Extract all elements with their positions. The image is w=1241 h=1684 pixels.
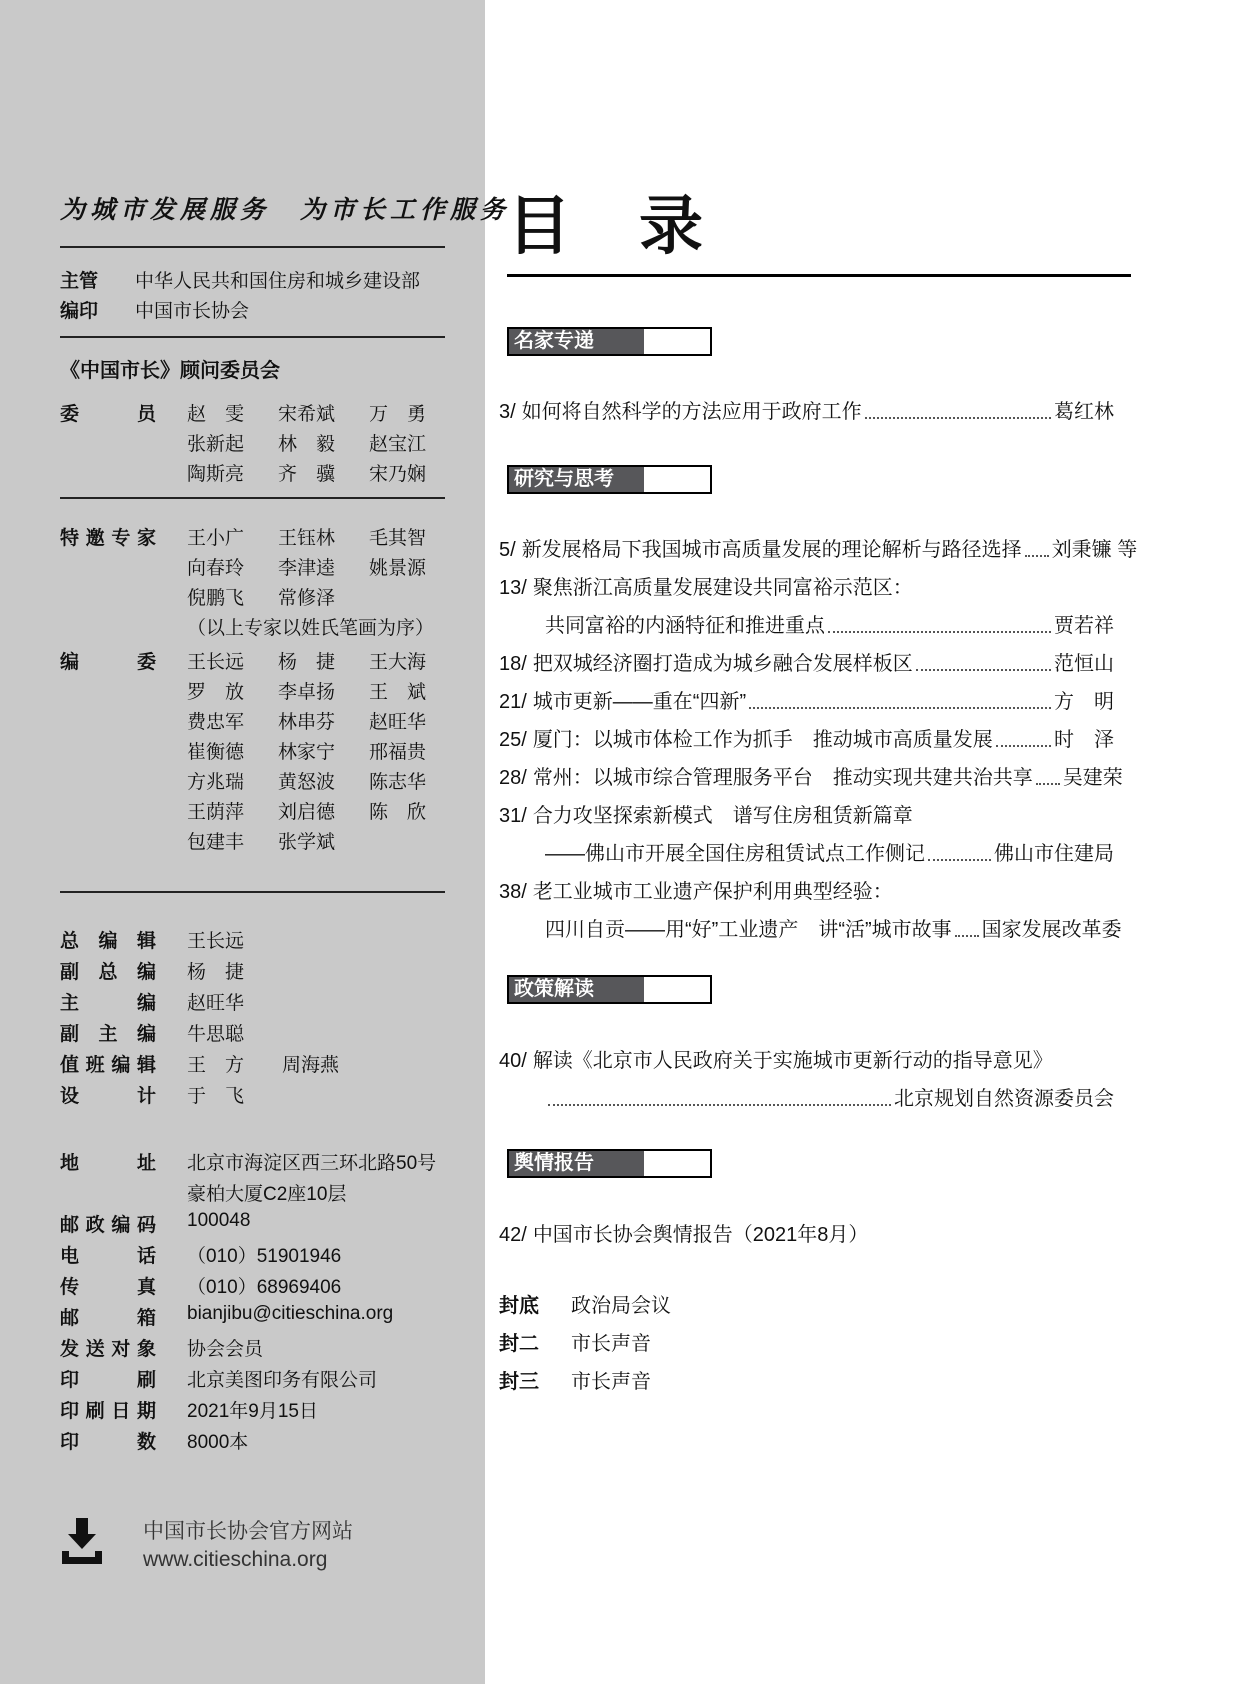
masthead-sidebar: 为城市发展服务 为市长工作服务 主管 中华人民共和国住房和城乡建设部 编印 中国… — [0, 0, 485, 1684]
member-name: 万 勇 — [369, 399, 431, 429]
cover-value: 政治局会议 — [571, 1289, 671, 1318]
fax-value: （010）68969406 — [187, 1272, 341, 1303]
staff-value: 牛思聪 — [187, 1019, 244, 1050]
editor-name: 林家宁 — [278, 737, 340, 767]
section-band-policy: 政策解读 — [507, 975, 712, 1004]
dot-leader — [828, 631, 1051, 633]
masthead-label: 编印 — [60, 296, 100, 323]
staff-value: 杨 捷 — [187, 957, 244, 988]
staff-value: 王长远 — [187, 926, 244, 957]
toc-item[interactable]: 28/ 常州：以城市综合管理服务平台 推动实现共建共治共享 吴建荣 — [499, 766, 1114, 790]
section-label: 研究与思考 — [509, 467, 644, 492]
download-icon — [62, 1518, 102, 1564]
toc-item-title: 合力攻坚探索新模式 谱写住房租赁新篇章 — [533, 804, 913, 828]
editor-name: 邢福贵 — [369, 737, 431, 767]
contact-row: 印刷日期 2021年9月15日 — [60, 1396, 485, 1427]
editor-name: 刘启德 — [278, 797, 340, 827]
editor-row: 王荫萍 刘启德 陈 欣 — [60, 797, 485, 827]
editor-row: 方兆瑞 黄怒波 陈志华 — [60, 767, 485, 797]
editor-row: 费忠军 林串芬 赵旺华 — [60, 707, 485, 737]
masthead-value: 中华人民共和国住房和城乡建设部 — [135, 266, 420, 293]
print-date-value: 2021年9月15日 — [187, 1396, 318, 1427]
member-name: 赵宝江 — [369, 429, 431, 459]
staff-label: 值班编辑 — [60, 1050, 156, 1081]
email-value: bianjibu@citieschina.org — [187, 1303, 393, 1334]
expert-row: 向春玲 李津逵 姚景源 — [60, 553, 485, 583]
divider — [60, 497, 445, 499]
toc-item-title: 解读《北京市人民政府关于实施城市更新行动的指导意见》 — [533, 1049, 1053, 1073]
address-line2: 豪柏大厦C2座10层 — [60, 1179, 485, 1210]
expert-name: 姚景源 — [369, 553, 431, 583]
expert-name: 倪鹏飞 — [187, 583, 249, 613]
editor-row: 编委 王长远 杨 捷 王大海 — [60, 647, 485, 677]
masthead-label: 主管 — [60, 266, 100, 293]
toc-item-page: 3/ — [499, 400, 516, 424]
editor-name: 赵旺华 — [369, 707, 431, 737]
toc-item-title: 聚焦浙江高质量发展建设共同富裕示范区： — [533, 576, 913, 600]
magazine-toc-page: 为城市发展服务 为市长工作服务 主管 中华人民共和国住房和城乡建设部 编印 中国… — [0, 0, 1241, 1684]
expert-name: 向春玲 — [187, 553, 249, 583]
toc-item-page: 28/ — [499, 766, 527, 790]
divider — [60, 891, 445, 893]
editor-name: 方兆瑞 — [187, 767, 249, 797]
editor-name: 杨 捷 — [278, 647, 340, 677]
editor-name: 陈志华 — [369, 767, 431, 797]
address-value: 北京市海淀区西三环北路50号 — [187, 1148, 436, 1179]
expert-name: 毛其智 — [369, 523, 431, 553]
toc-item-author: 贾若祥 — [1054, 614, 1114, 638]
dot-leader — [996, 745, 1051, 747]
toc-item-author: 北京规划自然资源委员会 — [894, 1087, 1114, 1111]
toc-item-author: 国家发展改革委 — [982, 918, 1122, 942]
cover-row[interactable]: 封二 市长声音 — [499, 1327, 1131, 1351]
toc-item-page: 21/ — [499, 690, 527, 714]
cover-label: 封底 — [499, 1289, 543, 1318]
toc-item-page: 25/ — [499, 728, 527, 752]
masthead-value: 中国市长协会 — [135, 296, 249, 323]
toc-item-author: 方 明 — [1054, 690, 1114, 714]
editor-name: 黄怒波 — [278, 767, 340, 797]
editor-row: 崔衡德 林家宁 邢福贵 — [60, 737, 485, 767]
toc-item-author: 时 泽 — [1054, 728, 1114, 752]
expert-name: 常修泽 — [278, 583, 340, 613]
toc-item-continuation[interactable]: ——佛山市开展全国住房租赁试点工作侧记 佛山市住建局 — [499, 842, 1114, 866]
editor-name: 王荫萍 — [187, 797, 249, 827]
toc-item[interactable]: 42/ 中国市长协会舆情报告（2021年8月） — [499, 1223, 1114, 1247]
email-label: 邮箱 — [60, 1303, 156, 1334]
contact-row: 印数 8000本 — [60, 1427, 485, 1458]
staff-label: 主编 — [60, 988, 156, 1019]
editor-name: 包建丰 — [187, 827, 249, 857]
toc-item[interactable]: 31/ 合力攻坚探索新模式 谱写住房租赁新篇章 — [499, 804, 1114, 828]
toc-item-title: 如何将自然科学的方法应用于政府工作 — [522, 400, 862, 424]
editorial-board-label: 编委 — [60, 647, 156, 677]
phone-label: 电话 — [60, 1241, 156, 1272]
editor-name: 张学斌 — [278, 827, 340, 857]
website-url[interactable]: www.citieschina.org — [143, 1546, 353, 1574]
toc-item[interactable]: 5/ 新发展格局下我国城市高质量发展的理论解析与路径选择 刘秉镰 等 — [499, 538, 1114, 562]
member-name: 张新起 — [187, 429, 249, 459]
contact-row: 发送对象 协会会员 — [60, 1334, 485, 1365]
toc-item-title: 中国市长协会舆情报告（2021年8月） — [533, 1223, 869, 1247]
member-name: 齐 骥 — [278, 459, 340, 489]
print-date-label: 印刷日期 — [60, 1396, 156, 1427]
toc-item-page: 18/ — [499, 652, 527, 676]
cover-value: 市长声音 — [571, 1327, 651, 1356]
section-label: 舆情报告 — [509, 1151, 644, 1176]
staff-row: 值班编辑 王 方 周海燕 — [60, 1050, 485, 1081]
section-label: 政策解读 — [509, 977, 644, 1002]
toc-item-author: 范恒山 — [1054, 652, 1114, 676]
toc-item-title: 城市更新——重在“四新” — [533, 690, 746, 714]
member-row: 张新起 林 毅 赵宝江 — [60, 429, 485, 459]
recipients-label: 发送对象 — [60, 1334, 156, 1365]
editor-name: 陈 欣 — [369, 797, 431, 827]
toc-item-title: 四川自贡——用“好”工业遗产 讲“活”城市故事 — [545, 918, 952, 942]
staff-row: 主编 赵旺华 — [60, 988, 485, 1019]
toc-item[interactable]: 13/ 聚焦浙江高质量发展建设共同富裕示范区： — [499, 576, 1114, 600]
expert-name: 王小广 — [187, 523, 249, 553]
phone-value: （010）51901946 — [187, 1241, 341, 1272]
editor-name: 林串芬 — [278, 707, 340, 737]
cover-row[interactable]: 封底 政治局会议 — [499, 1289, 1131, 1313]
dot-leader — [928, 859, 991, 861]
printer-value: 北京美图印务有限公司 — [187, 1365, 377, 1396]
member-name: 宋希斌 — [278, 399, 340, 429]
member-name: 陶斯亮 — [187, 459, 249, 489]
member-row: 委员 赵 雯 宋希斌 万 勇 — [60, 399, 485, 429]
fax-label: 传真 — [60, 1272, 156, 1303]
toc-item-page: 31/ — [499, 804, 527, 828]
section-band-celebrity: 名家专递 — [507, 327, 712, 356]
staff-row: 副总编 杨 捷 — [60, 957, 485, 988]
editorial-board-block: 编委 王长远 杨 捷 王大海 罗 放 李卓扬 王 斌 费忠军 林串芬 赵旺 — [60, 647, 485, 857]
section-label: 名家专递 — [509, 329, 644, 354]
printer-label: 印刷 — [60, 1365, 156, 1396]
staff-label: 副总编 — [60, 957, 156, 988]
staff-label: 副主编 — [60, 1019, 156, 1050]
member-name: 赵 雯 — [187, 399, 249, 429]
toc-item[interactable]: 40/ 解读《北京市人民政府关于实施城市更新行动的指导意见》 — [499, 1049, 1114, 1073]
print-run-label: 印数 — [60, 1427, 156, 1458]
member-row: 陶斯亮 齐 骥 宋乃娴 — [60, 459, 485, 489]
toc-item-title: 老工业城市工业遗产保护利用典型经验： — [533, 880, 893, 904]
expert-row: 倪鹏飞 常修泽 — [60, 583, 485, 613]
staff-row: 总编辑 王长远 — [60, 926, 485, 957]
advisory-committee-title: 《中国市长》顾问委员会 — [60, 354, 485, 384]
divider — [60, 336, 445, 338]
editor-name: 王 斌 — [369, 677, 431, 707]
cover-label: 封三 — [499, 1365, 543, 1394]
toc-item-title: 厦门：以城市体检工作为抓手 推动城市高质量发展 — [533, 728, 993, 752]
members-label: 委员 — [60, 399, 156, 429]
cover-label: 封二 — [499, 1327, 543, 1356]
editor-name: 李卓扬 — [278, 677, 340, 707]
masthead-row: 编印 中国市长协会 — [60, 296, 485, 326]
cover-value: 市长声音 — [571, 1365, 651, 1394]
toc-item[interactable]: 38/ 老工业城市工业遗产保护利用典型经验： — [499, 880, 1114, 904]
dot-leader — [865, 417, 1051, 419]
toc-item-title: 把双城经济圈打造成为城乡融合发展样板区 — [533, 652, 913, 676]
toc-item-continuation[interactable]: 四川自贡——用“好”工业遗产 讲“活”城市故事 国家发展改革委 — [499, 918, 1114, 942]
editor-row: 罗 放 李卓扬 王 斌 — [60, 677, 485, 707]
dot-leader — [916, 669, 1051, 671]
cover-row[interactable]: 封三 市长声音 — [499, 1365, 1131, 1389]
masthead-block: 主管 中华人民共和国住房和城乡建设部 编印 中国市长协会 — [60, 266, 485, 326]
section-band-sentiment: 舆情报告 — [507, 1149, 712, 1178]
editor-name: 王大海 — [369, 647, 431, 677]
editor-name: 崔衡德 — [187, 737, 249, 767]
editor-row: 包建丰 张学斌 — [60, 827, 485, 857]
experts-label: 特邀专家 — [60, 523, 156, 553]
contact-block: 地址 北京市海淀区西三环北路50号 豪柏大厦C2座10层 邮政编码 100048… — [60, 1148, 485, 1458]
staff-label: 总编辑 — [60, 926, 156, 957]
section-band-research: 研究与思考 — [507, 465, 712, 494]
toc-item-page: 42/ — [499, 1223, 527, 1247]
dot-leader — [955, 935, 979, 937]
contact-row: 印刷 北京美图印务有限公司 — [60, 1365, 485, 1396]
dot-leader — [548, 1104, 891, 1106]
editor-name: 王长远 — [187, 647, 249, 677]
postcode-label: 邮政编码 — [60, 1210, 156, 1241]
dot-leader — [1025, 555, 1049, 557]
contact-row: 邮箱 bianjibu@citieschina.org — [60, 1303, 485, 1334]
toc-item-page: 13/ — [499, 576, 527, 600]
staff-label: 设计 — [60, 1081, 156, 1112]
committee-members-block: 委员 赵 雯 宋希斌 万 勇 张新起 林 毅 赵宝江 陶斯亮 齐 骥 宋乃 — [60, 399, 485, 489]
toc-item-title: ——佛山市开展全国住房租赁试点工作侧记 — [545, 842, 925, 866]
address-label: 地址 — [60, 1148, 156, 1179]
contact-row: 传真 （010）68969406 — [60, 1272, 485, 1303]
member-name: 宋乃娴 — [369, 459, 431, 489]
toc-item-page: 5/ — [499, 538, 516, 562]
contact-row: 地址 北京市海淀区西三环北路50号 — [60, 1148, 485, 1179]
toc-item[interactable]: 25/ 厦门：以城市体检工作为抓手 推动城市高质量发展 时 泽 — [499, 728, 1114, 752]
expert-name: 李津逵 — [278, 553, 340, 583]
toc-item[interactable]: 21/ 城市更新——重在“四新” 方 明 — [499, 690, 1114, 714]
toc-item[interactable]: 3/ 如何将自然科学的方法应用于政府工作 葛红林 — [499, 400, 1114, 424]
toc-item-author: 葛红林 — [1054, 400, 1114, 424]
dot-leader — [749, 707, 1051, 709]
toc-item-title: 常州：以城市综合管理服务平台 推动实现共建共治共享 — [533, 766, 1033, 790]
postcode-value: 100048 — [187, 1210, 250, 1241]
divider — [60, 246, 445, 248]
recipients-value: 协会会员 — [187, 1334, 263, 1365]
contact-row: 邮政编码 100048 — [60, 1210, 485, 1241]
toc-title: 目 录 — [507, 190, 1131, 277]
print-run-value: 8000本 — [187, 1427, 248, 1458]
experts-ordering-note: （以上专家以姓氏笔画为序） — [60, 613, 485, 643]
toc-item[interactable]: 18/ 把双城经济圈打造成为城乡融合发展样板区 范恒山 — [499, 652, 1114, 676]
toc-item-continuation[interactable]: 北京规划自然资源委员会 — [499, 1087, 1114, 1111]
cover-entries: 封底 政治局会议 封二 市长声音 封三 市长声音 — [499, 1289, 1131, 1389]
table-of-contents: 目 录 名家专递 3/ 如何将自然科学的方法应用于政府工作 葛红林 研究与思考 … — [485, 0, 1241, 1403]
expert-row: 特邀专家 王小广 王钰林 毛其智 — [60, 523, 485, 553]
member-name: 林 毅 — [278, 429, 340, 459]
masthead-row: 主管 中华人民共和国住房和城乡建设部 — [60, 266, 485, 296]
toc-item-author: 吴建荣 — [1063, 766, 1123, 790]
invited-experts-block: 特邀专家 王小广 王钰林 毛其智 向春玲 李津逵 姚景源 倪鹏飞 常修泽 — [60, 523, 485, 643]
editor-name: 罗 放 — [187, 677, 249, 707]
dot-leader — [1036, 783, 1060, 785]
official-website-block: 中国市长协会官方网站 www.citieschina.org — [60, 1518, 485, 1574]
staff-row: 设计 于 飞 — [60, 1081, 485, 1112]
website-title: 中国市长协会官方网站 — [143, 1518, 353, 1546]
slogan: 为城市发展服务 为市长工作服务 — [60, 190, 485, 220]
toc-item-author: 刘秉镰 等 — [1052, 538, 1138, 562]
staff-block: 总编辑 王长远 副总编 杨 捷 主编 赵旺华 副主编 牛思聪 值班编辑 王 方 … — [60, 926, 485, 1112]
staff-value: 于 飞 — [187, 1081, 244, 1112]
staff-row: 副主编 牛思聪 — [60, 1019, 485, 1050]
toc-item-page: 40/ — [499, 1049, 527, 1073]
toc-item-page: 38/ — [499, 880, 527, 904]
staff-value: 赵旺华 — [187, 988, 244, 1019]
toc-item-title: 新发展格局下我国城市高质量发展的理论解析与路径选择 — [522, 538, 1022, 562]
toc-item-continuation[interactable]: 共同富裕的内涵特征和推进重点 贾若祥 — [499, 614, 1114, 638]
contact-row: 电话 （010）51901946 — [60, 1241, 485, 1272]
staff-value: 王 方 周海燕 — [187, 1050, 339, 1081]
expert-name: 王钰林 — [278, 523, 340, 553]
toc-item-title: 共同富裕的内涵特征和推进重点 — [545, 614, 825, 638]
editor-name: 费忠军 — [187, 707, 249, 737]
toc-item-author: 佛山市住建局 — [994, 842, 1114, 866]
